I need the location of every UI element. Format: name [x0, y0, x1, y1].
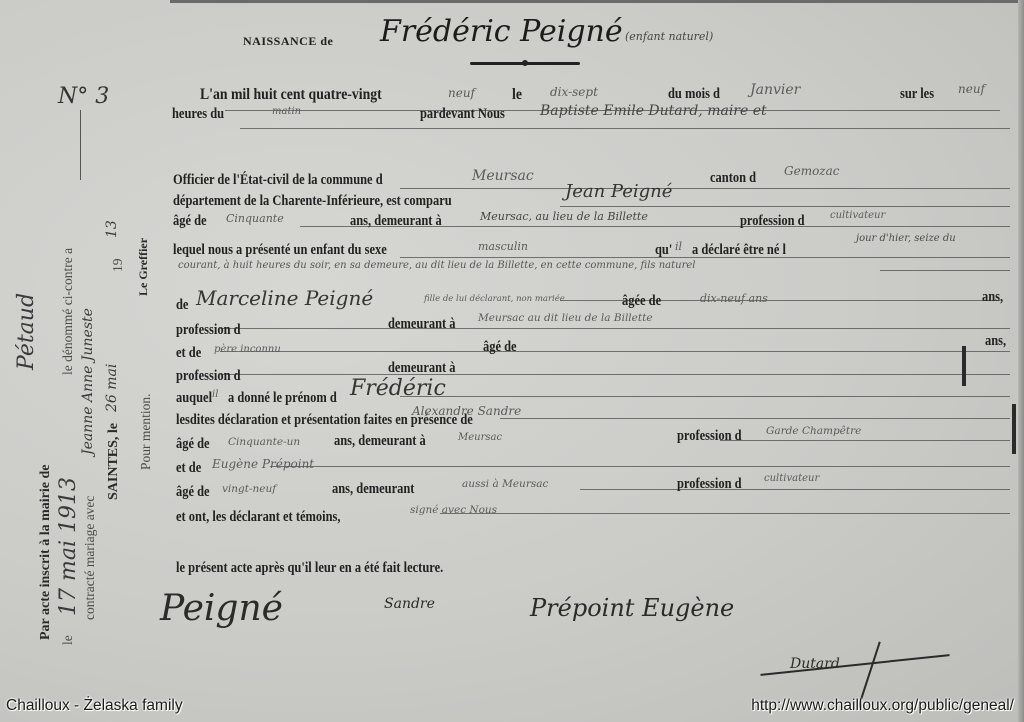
- handwritten-age: Cinquante: [226, 212, 284, 225]
- signature-witness1: Sandre: [384, 596, 435, 612]
- margin-printed: le dénommé ci-contre a: [60, 248, 76, 375]
- rule: [880, 270, 1010, 271]
- handwritten-residence: Meursac, au lieu de la Billette: [480, 210, 648, 223]
- printed-text: Officier de l'État-civil de la commune d: [173, 172, 383, 189]
- handwritten-residence: aussi à Meursac: [462, 478, 548, 490]
- printed-text: qu': [655, 242, 672, 259]
- handwritten-sex: masculin: [478, 240, 528, 253]
- handwritten-father: père inconnu: [214, 344, 281, 355]
- handwritten-continuation: courant, à huit heures du soir, en sa de…: [178, 260, 695, 271]
- margin-printed: le: [60, 635, 76, 645]
- signature-stroke: [760, 654, 949, 675]
- handwritten-profession: cultivateur: [830, 210, 885, 221]
- handwritten-mother: Marceline Peigné: [196, 286, 373, 310]
- handwritten-profession: Garde Champêtre: [766, 425, 861, 437]
- handwritten-witness1: Alexandre Sandre: [412, 404, 521, 418]
- printed-text: a donné le prénom d: [228, 390, 337, 407]
- handwritten-time: matin: [272, 106, 301, 117]
- margin-annotation: Par acte inscrit à la mairie de Pétaud l…: [0, 0, 170, 722]
- handwritten-birth: jour d'hier, seize du: [856, 233, 956, 244]
- rule: [220, 328, 1010, 329]
- title-note: (enfant naturel): [625, 30, 713, 43]
- printed-text: profession d: [176, 322, 241, 339]
- handwritten-residence: Meursac au dit lieu de la Billette: [478, 312, 653, 324]
- handwritten-canton: Gemozac: [784, 164, 840, 178]
- document-scan: NAISSANCE de Frédéric Peigné (enfant nat…: [0, 0, 1024, 722]
- printed-text: demeurant à: [388, 316, 456, 333]
- handwritten-commune: Meursac: [472, 168, 534, 184]
- handwritten-profession: cultivateur: [764, 473, 819, 484]
- printed-text: sur les: [900, 86, 934, 103]
- signature-declarant: Peigné: [160, 588, 283, 629]
- handwritten-pronoun: il: [212, 389, 218, 400]
- printed-text: L'an mil huit cent quatre-vingt: [200, 86, 382, 104]
- printed-text: ans, demeurant à: [350, 213, 442, 230]
- watermark-family: Chailloux - Żelaska family: [6, 697, 183, 715]
- handwritten-pronoun: il: [675, 240, 682, 253]
- printed-text: le présent acte après qu'il leur en a ét…: [176, 560, 443, 577]
- printed-text: profession d: [740, 213, 805, 230]
- rule: [580, 489, 1010, 490]
- printed-text: âgé de: [176, 436, 210, 453]
- ink-mark: [1012, 404, 1016, 454]
- printed-text: du mois d: [668, 86, 720, 103]
- rule: [720, 440, 1010, 441]
- margin-printed: SAINTES, le: [106, 423, 122, 500]
- printed-text: canton d: [710, 170, 756, 187]
- handwritten-signed: signé avec Nous: [410, 504, 497, 516]
- handwritten-day: dix-sept: [550, 85, 598, 99]
- printed-text: profession d: [677, 428, 742, 445]
- printed-text: âgé de: [173, 213, 207, 230]
- margin-printed: 19: [110, 259, 126, 273]
- printed-text: et de: [176, 460, 201, 477]
- margin-place: Pétaud: [14, 293, 39, 370]
- margin-date: 17 mai 1913: [56, 477, 81, 616]
- rule: [400, 188, 1010, 189]
- printed-text: lequel nous a présenté un enfant du sexe: [173, 242, 387, 259]
- handwritten-declarant: Jean Peigné: [565, 181, 672, 202]
- title-flourish: [470, 62, 580, 65]
- margin-printed: Par acte inscrit à la mairie de: [38, 465, 54, 640]
- handwritten-mother-age: dix-neuf ans: [700, 292, 768, 305]
- margin-printed: contracté mariage avec: [82, 496, 98, 620]
- title-name: Frédéric Peigné: [380, 14, 623, 49]
- printed-text: a déclaré être né l: [692, 242, 786, 259]
- printed-text: profession d: [176, 368, 241, 385]
- printed-text: le: [512, 86, 522, 104]
- handwritten-mother-note: fille de lui déclarant, non mariée: [424, 294, 565, 304]
- margin-date: 26 mai: [104, 364, 120, 412]
- handwritten-year: neuf: [448, 86, 475, 100]
- signature-witness2: Prépoint Eugène: [530, 594, 734, 622]
- printed-text: âgée de: [622, 293, 661, 310]
- printed-text: âgé de: [176, 484, 210, 501]
- margin-label: Le Greffier: [136, 238, 151, 296]
- rule: [500, 418, 1010, 419]
- printed-text: pardevant Nous: [420, 106, 505, 123]
- printed-text: et de: [176, 345, 201, 362]
- page-binding-edge: [1018, 0, 1024, 722]
- watermark-url[interactable]: http://www.chailloux.org/public/geneal/: [751, 697, 1014, 715]
- printed-text: auquel: [176, 390, 212, 407]
- printed-text: heures du: [172, 106, 224, 123]
- handwritten-firstname: Frédéric: [350, 376, 446, 401]
- printed-text: ans,: [985, 333, 1006, 350]
- rule: [220, 351, 1010, 352]
- printed-text: département de la Charente-Inférieure, e…: [173, 193, 452, 210]
- printed-text: demeurant à: [388, 360, 456, 377]
- handwritten-hour: neuf: [958, 82, 985, 96]
- rule: [560, 206, 1010, 207]
- rule: [270, 466, 1010, 467]
- printed-text: et ont, les déclarant et témoins,: [176, 509, 341, 526]
- page-edge: [170, 0, 1024, 3]
- printed-text: âgé de: [483, 339, 517, 356]
- handwritten-witness2: Eugène Prépoint: [212, 457, 314, 471]
- handwritten-month: Janvier: [750, 82, 800, 98]
- printed-text: ans,: [982, 289, 1003, 306]
- rule: [240, 128, 1010, 129]
- title-label: NAISSANCE de: [243, 34, 333, 49]
- printed-text: profession d: [677, 476, 742, 493]
- rule: [400, 396, 1010, 397]
- printed-text: ans, demeurant à: [334, 433, 426, 450]
- printed-text: ans, demeurant: [332, 481, 414, 498]
- rule: [220, 374, 1010, 375]
- printed-text: de: [176, 297, 188, 314]
- margin-spouse: Jeanne Anne Juneste: [80, 308, 96, 455]
- margin-year: 13: [104, 220, 120, 238]
- margin-printed: Pour mention.: [138, 394, 154, 471]
- handwritten-mayor: Baptiste Emile Dutard, maire et: [540, 103, 767, 119]
- rule: [440, 513, 1010, 514]
- ink-mark: [962, 346, 966, 386]
- handwritten-age: Cinquante-un: [228, 436, 300, 448]
- handwritten-age: vingt-neuf: [222, 483, 276, 495]
- handwritten-residence: Meursac: [458, 432, 502, 443]
